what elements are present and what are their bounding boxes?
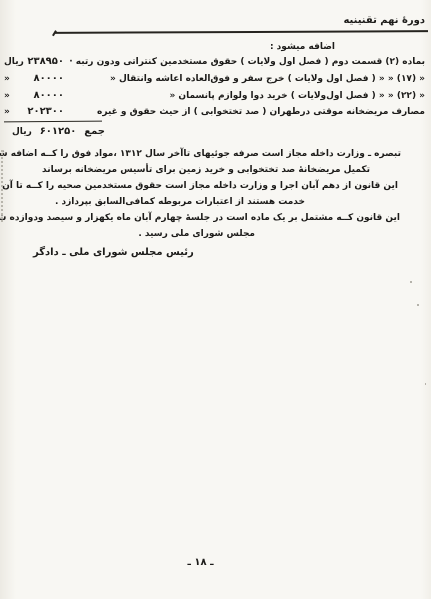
scan-speck bbox=[425, 383, 426, 385]
intro-line: اضافه میشود : bbox=[270, 42, 335, 52]
row-amount: ۲۳۸۹۵۰ ریال bbox=[4, 56, 64, 67]
row-description: مصارف مریضخانه موقتی درطهران ( صد تختخوا… bbox=[97, 107, 425, 117]
amount-number: ۸۰۰۰۰ bbox=[33, 90, 64, 101]
row-description: « (۱۷) « « ( فصل اول ولایات ) خرج سفر و … bbox=[110, 74, 425, 84]
scan-speck bbox=[417, 304, 419, 306]
row-amount: ۲۰۲۳۰۰ « bbox=[4, 106, 64, 117]
amount-number: ۲۰۲۳۰۰ bbox=[27, 106, 64, 117]
row-amount: ۸۰۰۰۰ « bbox=[4, 73, 64, 84]
header-rule-hook bbox=[52, 30, 62, 39]
execution-paragraph-line-2: خدمت هستند از اعتبارات مربوطه کمافی‌السا… bbox=[55, 197, 305, 207]
header-rule bbox=[54, 30, 428, 34]
scanned-document-page: دورهٔ نهم تقنینیه اضافه میشود : بماده (۲… bbox=[0, 0, 431, 599]
total-number: ۶۰۱۲۵۰ bbox=[40, 126, 77, 137]
total-row: جمع ۶۰۱۲۵۰ ریال bbox=[12, 126, 105, 137]
amount-unit: ریال bbox=[4, 57, 24, 67]
note-paragraph-line-1: تبصره ـ وزارت داخله مجاز است صرفه جوئیها… bbox=[0, 149, 401, 159]
row-description: بماده (۲) قسمت دوم ( فصل اول ولایات ) حق… bbox=[69, 57, 425, 67]
amount-number: ۲۳۸۹۵۰ bbox=[27, 56, 64, 67]
page-header-title: دورهٔ نهم تقنینیه bbox=[343, 15, 425, 26]
table-row: مصارف مریضخانه موقتی درطهران ( صد تختخوا… bbox=[4, 106, 425, 120]
signature-line: رئیس مجلس شورای ملی ـ دادگر bbox=[33, 247, 194, 258]
page-number: ـ ۱۸ ـ bbox=[0, 557, 401, 568]
ratification-paragraph-line-1: این قانون کــه مشتمل بر یک ماده است در ج… bbox=[0, 213, 400, 223]
amount-unit: « bbox=[4, 74, 10, 84]
amount-unit: « bbox=[4, 91, 10, 101]
sum-rule bbox=[4, 121, 102, 123]
total-unit: ریال bbox=[12, 127, 32, 137]
scan-edge-artifact bbox=[1, 150, 3, 222]
table-row: « (۱۷) « « ( فصل اول ولایات ) خرج سفر و … bbox=[4, 73, 425, 87]
execution-paragraph-line-1: این قانون از دهم آبان اجرا و وزارت داخله… bbox=[0, 181, 398, 191]
table-row: « (۲۲) « « ( فصل اول‌ولایات ) خرید دوا و… bbox=[4, 90, 425, 104]
amount-unit: « bbox=[4, 107, 10, 117]
table-row: بماده (۲) قسمت دوم ( فصل اول ولایات ) حق… bbox=[4, 56, 425, 70]
note-paragraph-line-2: تکمیل مریضخانهٔ صد تختخوابی و خرید زمین … bbox=[42, 165, 370, 175]
amount-number: ۸۰۰۰۰ bbox=[33, 73, 64, 84]
row-amount: ۸۰۰۰۰ « bbox=[4, 90, 64, 101]
scan-speck bbox=[410, 281, 412, 283]
total-label: جمع bbox=[84, 126, 105, 137]
row-description: « (۲۲) « « ( فصل اول‌ولایات ) خرید دوا و… bbox=[169, 91, 425, 101]
ratification-paragraph-line-2: مجلس شورای ملی رسید . bbox=[138, 229, 255, 239]
